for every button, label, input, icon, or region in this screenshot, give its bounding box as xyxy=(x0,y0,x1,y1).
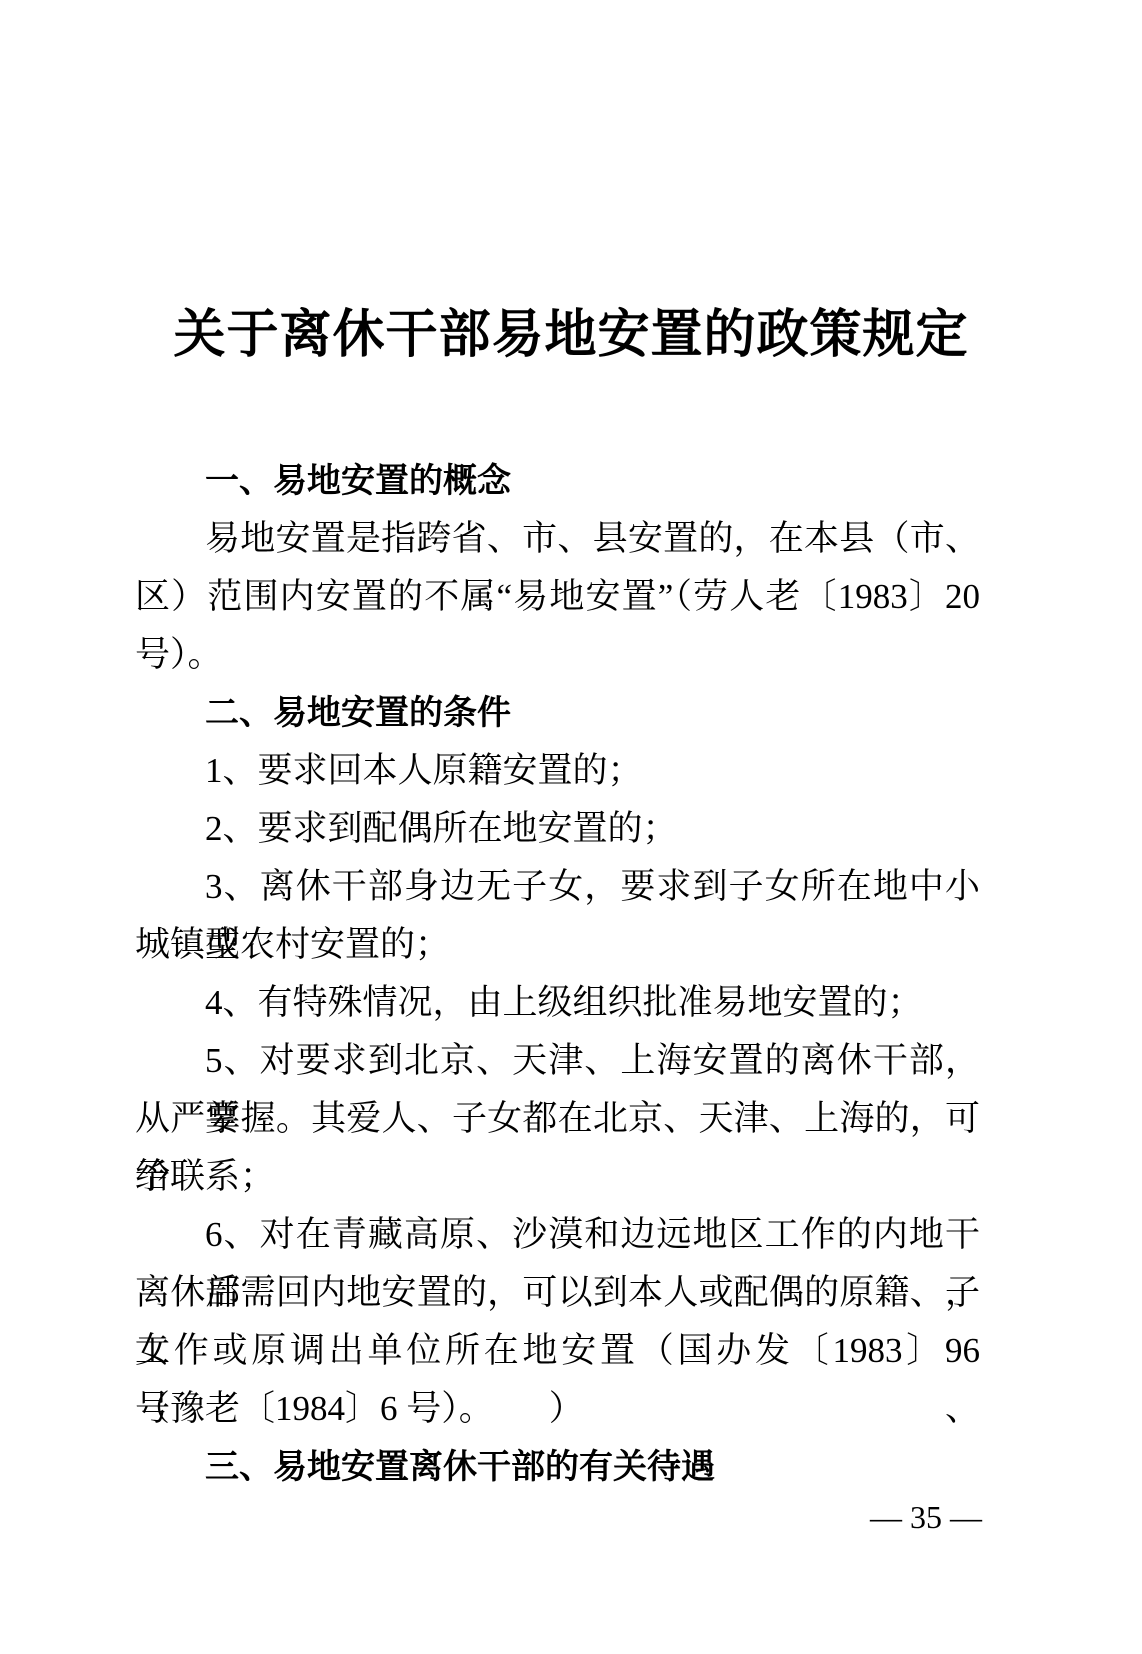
text-line: 离休后需回内地安置的，可以到本人或配偶的原籍、子女 xyxy=(135,1264,980,1322)
text-line: 4、有特殊情况，由上级组织批准易地安置的； xyxy=(135,974,980,1032)
section-heading: 三、易地安置离休干部的有关待遇 xyxy=(135,1438,980,1496)
text-line: 易地安置是指跨省、市、县安置的，在本县（市、 xyxy=(135,510,980,568)
document-body: 一、易地安置的概念易地安置是指跨省、市、县安置的，在本县（市、区）范围内安置的不… xyxy=(135,452,980,1496)
document-title: 关于离休干部易地安置的政策规定 xyxy=(0,292,1142,367)
text-line: 3、离休干部身边无子女，要求到子女所在地中小型 xyxy=(135,858,980,916)
document-page: 关于离休干部易地安置的政策规定 一、易地安置的概念易地安置是指跨省、市、县安置的… xyxy=(0,0,1142,1654)
section-heading: 一、易地安置的概念 xyxy=(135,452,980,510)
text-line: 5、对要求到北京、天津、上海安置的离休干部，要 xyxy=(135,1032,980,1090)
text-line: 城镇或农村安置的； xyxy=(135,916,980,974)
text-line: 区）范围内安置的不属“易地安置”（劳人老〔1983〕20 xyxy=(135,568,980,626)
text-line: 从严掌握。其爱人、子女都在北京、天津、上海的，可给 xyxy=(135,1090,980,1148)
page-number: — 35 — xyxy=(870,1496,982,1538)
text-line: 工作或原调出单位所在地安置（国办发〔1983〕96 号）、 xyxy=(135,1322,980,1380)
text-line: 2、要求到配偶所在地安置的； xyxy=(135,800,980,858)
section-heading: 二、易地安置的条件 xyxy=(135,684,980,742)
text-line: 予联系； xyxy=(135,1148,980,1206)
text-line: 1、要求回本人原籍安置的； xyxy=(135,742,980,800)
text-line: 6、对在青藏高原、沙漠和边远地区工作的内地干部， xyxy=(135,1206,980,1264)
text-line: 号）。 xyxy=(135,626,980,684)
